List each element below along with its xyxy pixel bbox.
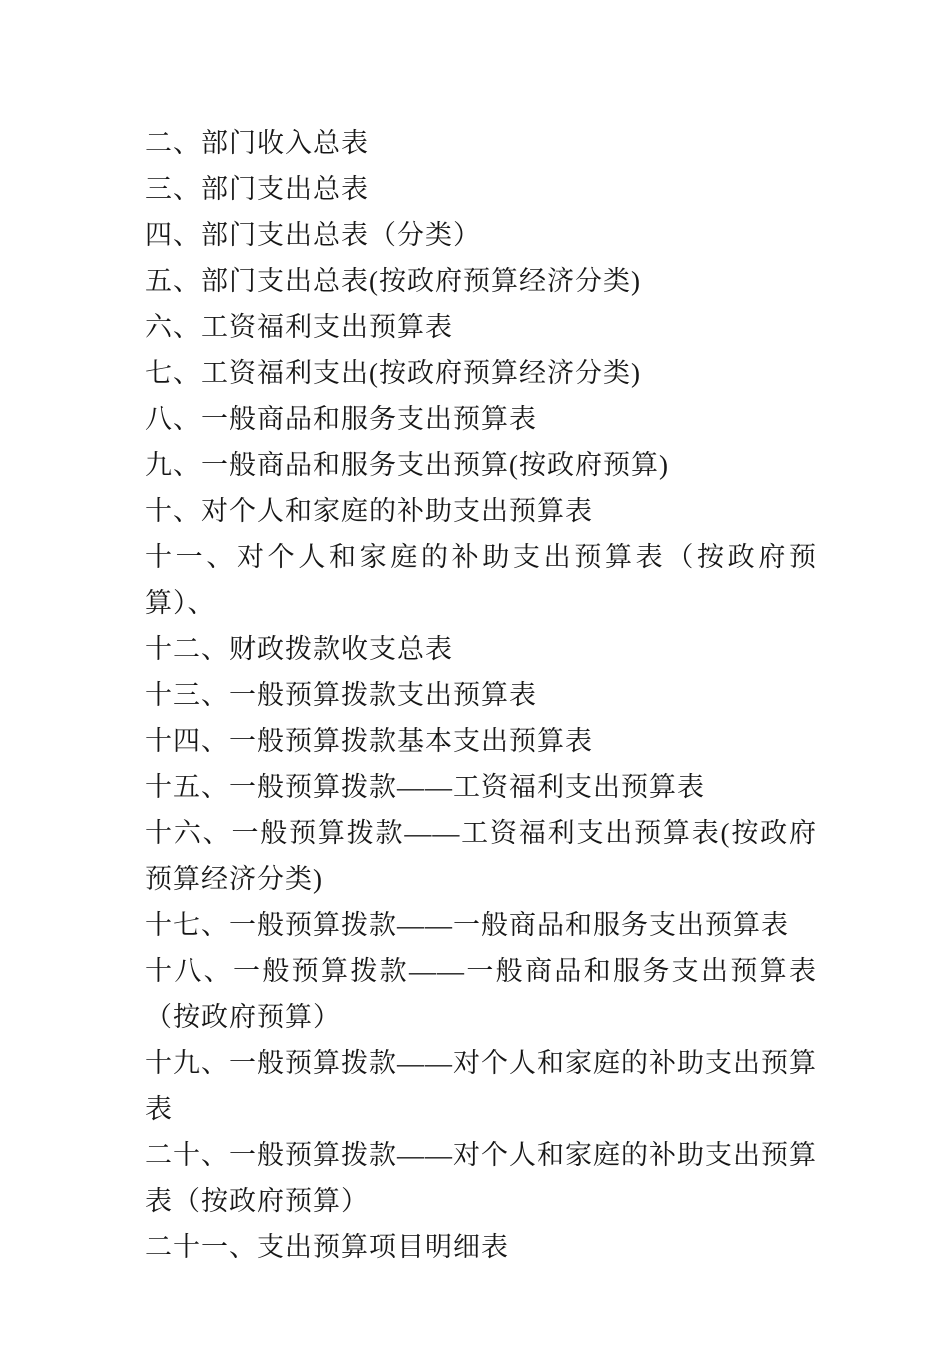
list-item: 七、工资福利支出(按政府预算经济分类)	[145, 350, 817, 396]
list-item: 十三、一般预算拨款支出预算表	[145, 672, 817, 718]
list-item: 十、对个人和家庭的补助支出预算表	[145, 488, 817, 534]
list-item: 十二、财政拨款收支总表	[145, 626, 817, 672]
list-item: 四、部门支出总表（分类）	[145, 212, 817, 258]
list-item: 六、工资福利支出预算表	[145, 304, 817, 350]
list-item: 五、部门支出总表(按政府预算经济分类)	[145, 258, 817, 304]
list-item: 十五、一般预算拨款——工资福利支出预算表	[145, 764, 817, 810]
document-body: 二、部门收入总表 三、部门支出总表 四、部门支出总表（分类） 五、部门支出总表(…	[145, 120, 817, 1270]
list-item: 八、一般商品和服务支出预算表	[145, 396, 817, 442]
list-item: 三、部门支出总表	[145, 166, 817, 212]
list-item: 十一、对个人和家庭的补助支出预算表（按政府预算）、	[145, 534, 817, 626]
list-item: 二、部门收入总表	[145, 120, 817, 166]
document-page: 二、部门收入总表 三、部门支出总表 四、部门支出总表（分类） 五、部门支出总表(…	[0, 0, 952, 1347]
list-item: 十八、一般预算拨款——一般商品和服务支出预算表（按政府预算）	[145, 948, 817, 1040]
list-item: 十九、一般预算拨款——对个人和家庭的补助支出预算表	[145, 1040, 817, 1132]
list-item: 二十、一般预算拨款——对个人和家庭的补助支出预算表（按政府预算）	[145, 1132, 817, 1224]
list-item: 九、一般商品和服务支出预算(按政府预算)	[145, 442, 817, 488]
list-item: 十四、一般预算拨款基本支出预算表	[145, 718, 817, 764]
list-item: 十七、一般预算拨款——一般商品和服务支出预算表	[145, 902, 817, 948]
list-item: 十六、一般预算拨款——工资福利支出预算表(按政府预算经济分类)	[145, 810, 817, 902]
list-item: 二十一、支出预算项目明细表	[145, 1224, 817, 1270]
